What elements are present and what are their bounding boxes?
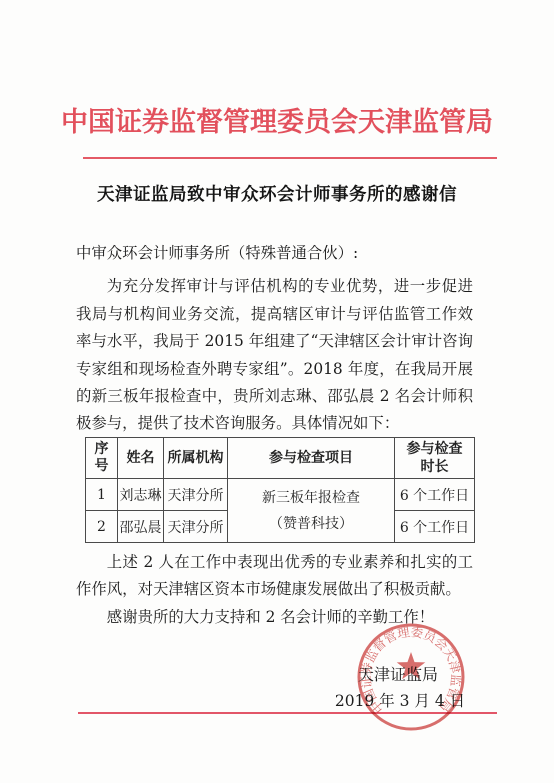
salutation: 中审众环会计师事务所（特殊普通合伙）: xyxy=(76,240,473,267)
footer-rule xyxy=(78,712,497,714)
col-header-name: 姓名 xyxy=(118,438,164,479)
cell-duration: 6 个工作日 xyxy=(395,511,475,543)
col-header-org: 所属机构 xyxy=(164,438,228,479)
letterhead-title: 中国证券监督管理委员会天津监管局 xyxy=(0,100,554,139)
attendance-table: 序号 姓名 所属机构 参与检查项目 参与检查时长 1 刘志琳 天津分所 新三板年… xyxy=(85,437,475,543)
cell-org: 天津分所 xyxy=(164,511,228,543)
col-header-duration: 参与检查时长 xyxy=(395,438,475,479)
paragraph-praise: 上述 2 人在工作中表现出优秀的专业素养和扎实的工作作风，对天津辖区资本市场健康… xyxy=(76,549,473,604)
project-line-1: 新三板年报检查 xyxy=(229,485,393,511)
cell-org: 天津分所 xyxy=(164,479,228,511)
cell-number: 2 xyxy=(86,511,118,543)
col-header-project: 参与检查项目 xyxy=(228,438,395,479)
col-header-number: 序号 xyxy=(86,438,118,479)
cell-number: 1 xyxy=(86,479,118,511)
cell-name: 刘志琳 xyxy=(118,479,164,511)
body-block-upper: 中审众环会计师事务所（特殊普通合伙）: 为充分发挥审计与评估机构的专业优势，进一… xyxy=(76,240,473,438)
table-row: 1 刘志琳 天津分所 新三板年报检查 （赞普科技） 6 个工作日 xyxy=(86,479,475,511)
cell-duration: 6 个工作日 xyxy=(395,479,475,511)
letter-page: 中国证券监督管理委员会天津监管局 天津证监局致中审众环会计师事务所的感谢信 中审… xyxy=(0,0,554,783)
signature-org: 天津证监局 xyxy=(356,662,440,685)
paragraph-intro: 为充分发挥审计与评估机构的专业优势，进一步促进我局与机构间业务交流，提高辖区审计… xyxy=(76,273,473,437)
project-line-2: （赞普科技） xyxy=(229,511,393,537)
paragraph-thanks: 感谢贵所的大力支持和 2 名会计师的辛勤工作！ xyxy=(76,604,473,631)
cell-name: 邵弘晨 xyxy=(118,511,164,543)
signature-date: 2019 年 3 月 4 日 xyxy=(330,689,470,711)
cell-project-merged: 新三板年报检查 （赞普科技） xyxy=(228,479,395,543)
body-block-lower: 上述 2 人在工作中表现出优秀的专业素养和扎实的工作作风，对天津辖区资本市场健康… xyxy=(76,549,473,631)
letterhead-rule xyxy=(83,157,497,159)
document-title: 天津证监局致中审众环会计师事务所的感谢信 xyxy=(0,181,554,206)
table-header-row: 序号 姓名 所属机构 参与检查项目 参与检查时长 xyxy=(86,438,475,479)
